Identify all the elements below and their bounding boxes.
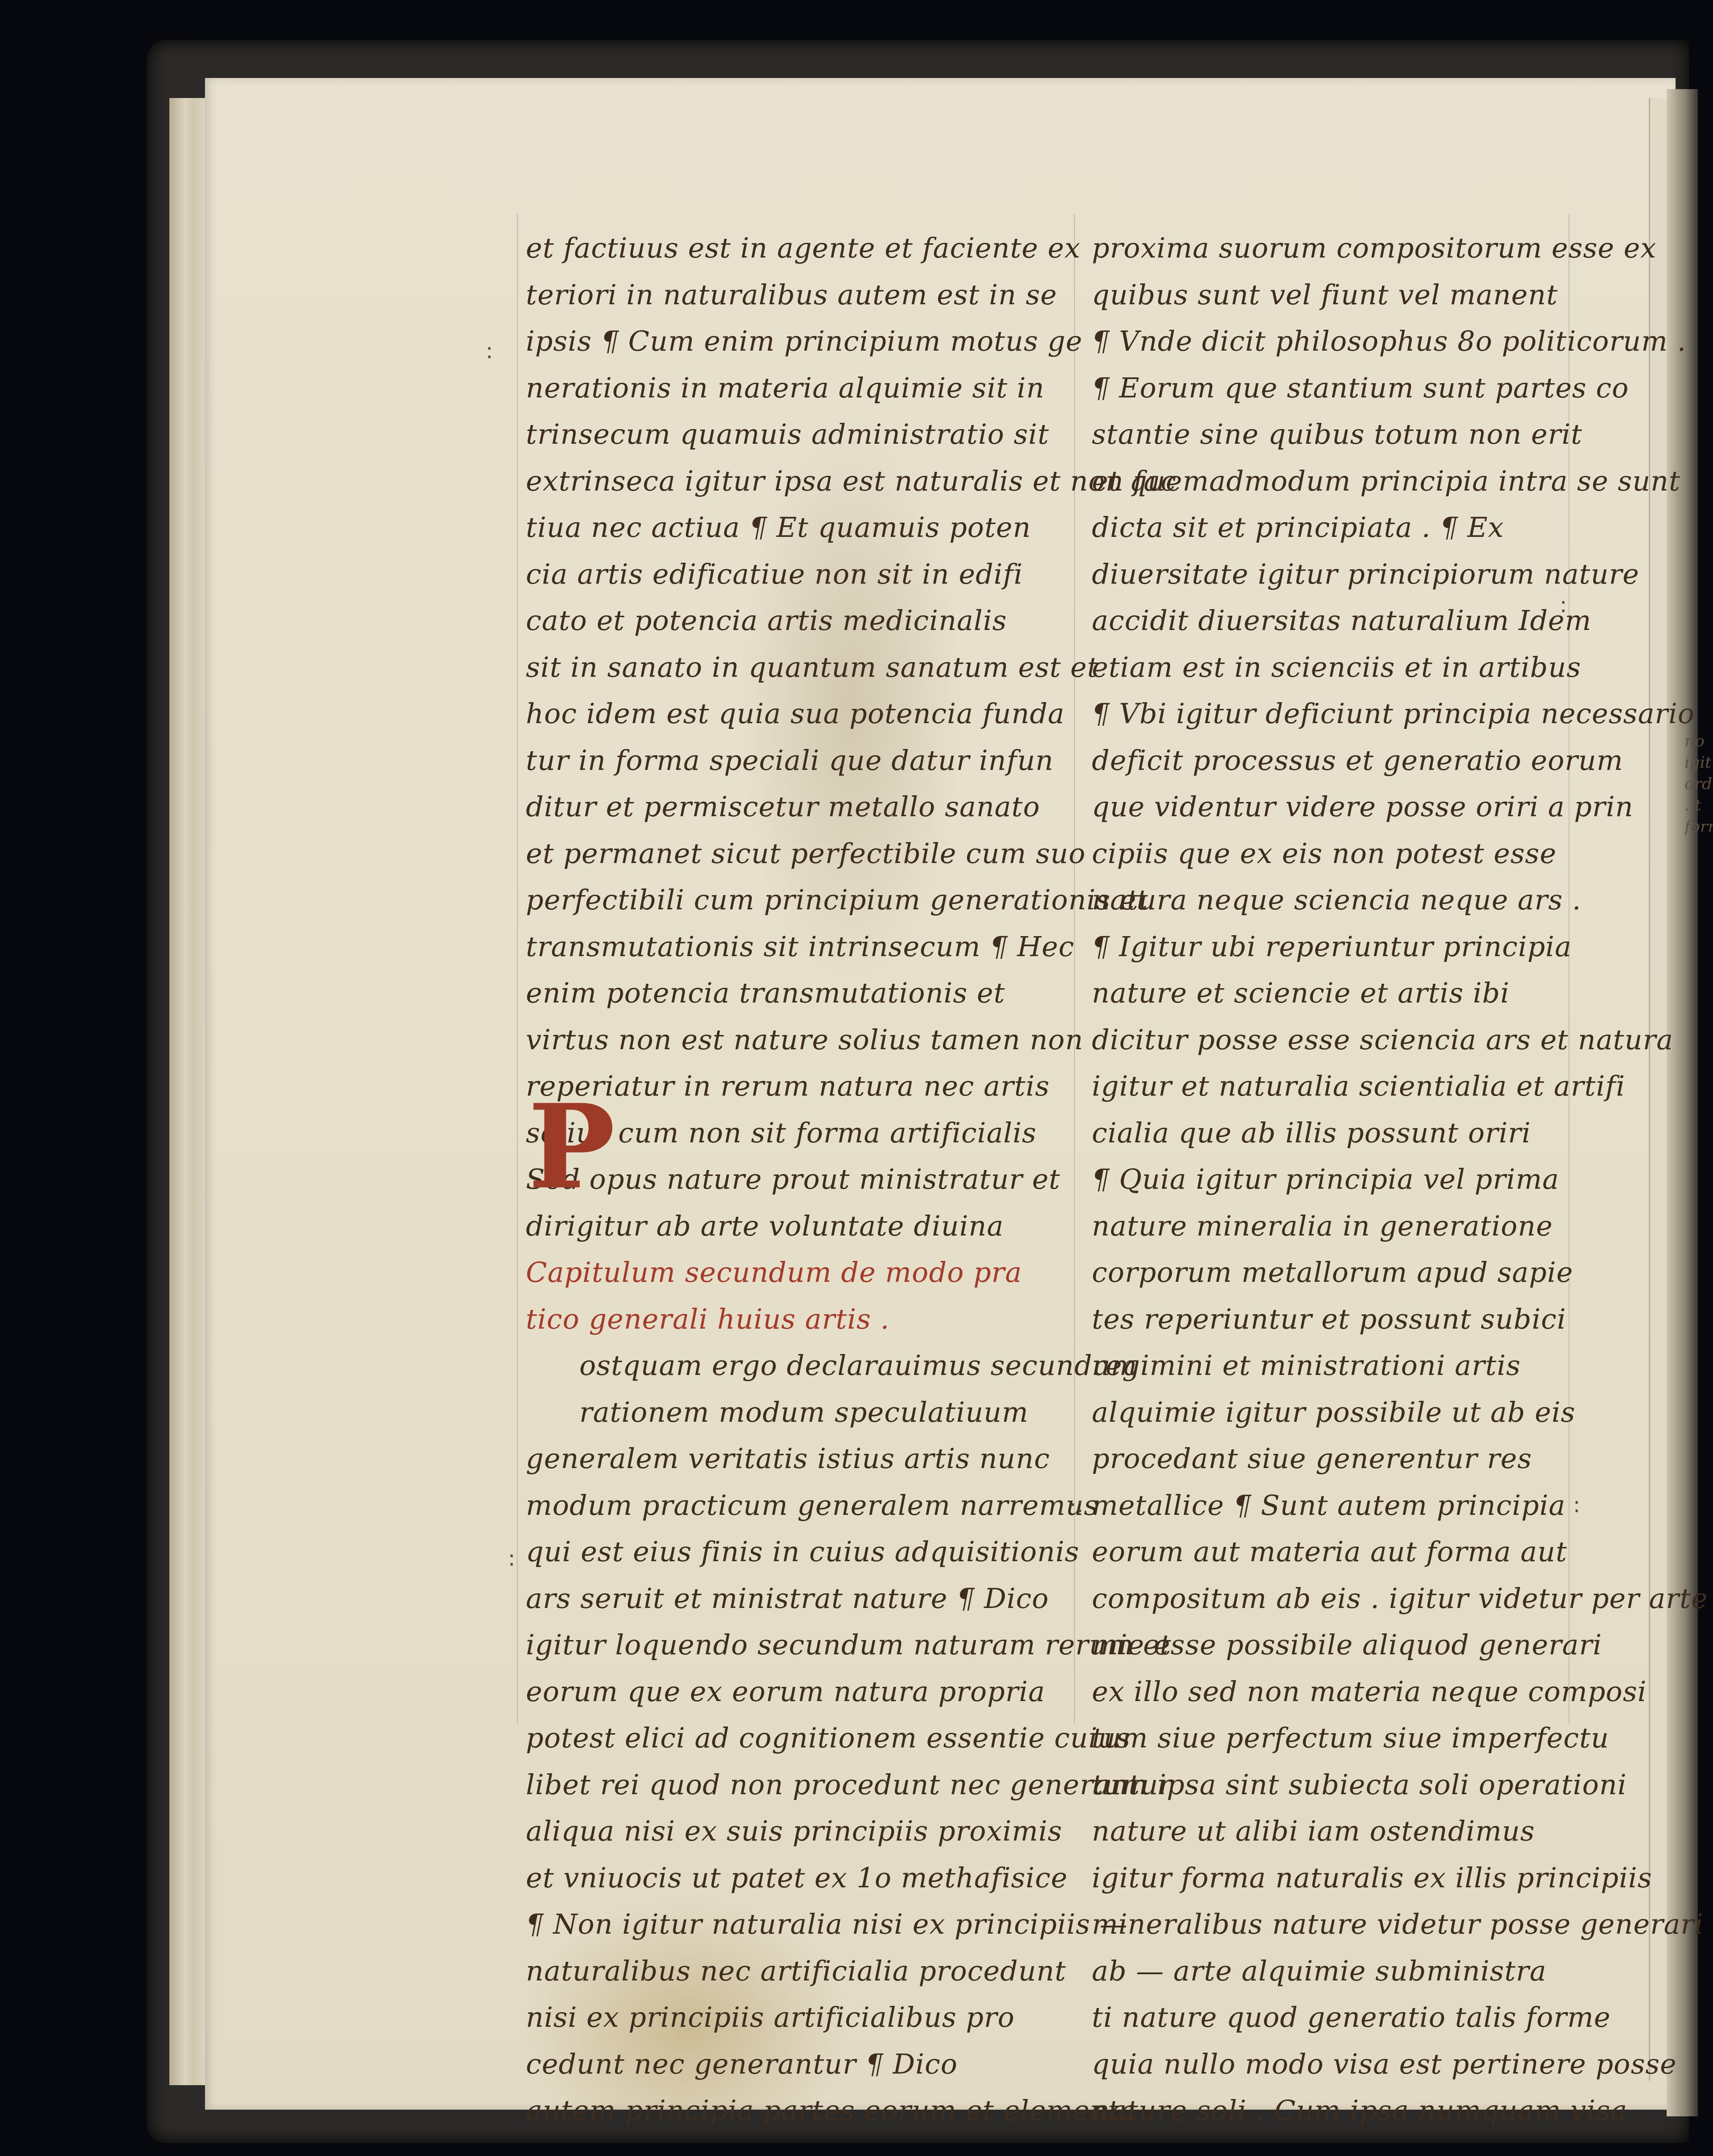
margin-mark-left: : <box>508 1546 515 1571</box>
text-line: ti nature quod generatio talis forme <box>1092 1994 1595 2041</box>
text-line: etiam est in scienciis et in artibus <box>1092 644 1595 691</box>
text-line: ¶ Quia igitur principia vel prima <box>1092 1156 1595 1203</box>
text-line: quibus sunt vel fiunt vel manent <box>1092 272 1595 319</box>
text-line: naturalibus nec artificialia procedunt <box>526 1948 1061 1995</box>
marginal-line: formam <box>1684 816 1713 838</box>
text-line: tum siue perfectum siue imperfectu <box>1092 1715 1595 1762</box>
text-line: et factiuus est in agente et faciente ex <box>526 225 1061 272</box>
text-line: ¶ Non igitur naturalia nisi ex principii… <box>526 1901 1061 1948</box>
text-line: qui est eius finis in cuius adquisitioni… <box>526 1529 1061 1575</box>
text-line: autem principia partes eorum et elementa <box>526 2087 1061 2134</box>
text-line: nature et sciencie et artis ibi <box>1092 970 1595 1017</box>
text-line: libet rei quod non procedunt nec generan… <box>526 1762 1061 1808</box>
text-line: extrinseca igitur ipsa est naturalis et … <box>526 458 1061 505</box>
text-line: cialia que ab illis possunt oriri <box>1092 1110 1595 1157</box>
text-line: quia nullo modo visa est pertinere posse <box>1092 2041 1595 2088</box>
text-line: perfectibili cum principium generationis… <box>526 877 1061 924</box>
text-line: et vniuocis ut patet ex 1o methafisice <box>526 1855 1061 1902</box>
text-line: deficit processus et generatio eorum <box>1092 737 1595 784</box>
text-line: regimini et ministrationi artis <box>1092 1342 1595 1389</box>
margin-mark-left: ·: <box>1070 1493 1083 1518</box>
text-line: dicta sit et principiata . ¶ Ex <box>1092 504 1595 551</box>
text-line: diuersitate igitur principiorum nature <box>1092 551 1595 598</box>
text-line: cato et potencia artis medicinalis <box>526 597 1061 644</box>
text-line: mie esse possibile aliquod generari <box>1092 1622 1595 1669</box>
text-line: et permanet sicut perfectibile cum suo <box>526 830 1061 877</box>
text-line: stantie sine quibus totum non erit <box>1092 411 1595 458</box>
text-line: ¶ Vbi igitur deficiunt principia necessa… <box>1092 691 1595 737</box>
text-line: rationem modum speculatiuum <box>526 1389 1061 1436</box>
margin-mark-left: : <box>486 339 493 364</box>
chapter-heading: Capitulum secundum de modo pra <box>526 1249 1061 1296</box>
chapter-heading: tico generali huius artis . <box>526 1296 1061 1343</box>
text-line: nerationis in materia alquimie sit in <box>526 365 1061 412</box>
text-line: natura neque sciencia neque ars . <box>1092 877 1595 924</box>
right-text-column: proxima suorum compositorum esse ex quib… <box>1092 225 1595 2134</box>
text-line: eorum que ex eorum natura propria <box>526 1669 1061 1715</box>
text-line: accidit diuersitas naturalium Idem <box>1092 597 1595 644</box>
text-line: igitur forma naturalis ex illis principi… <box>1092 1855 1595 1902</box>
marginal-line: ordo . t <box>1684 773 1713 816</box>
ruling-line-left <box>517 214 518 1724</box>
text-line: nature mineralia in generatione <box>1092 1203 1595 1250</box>
text-line: ¶ Eorum que stantium sunt partes co <box>1092 365 1595 412</box>
text-line: igitur loquendo secundum naturam rerum e… <box>526 1622 1061 1669</box>
text-line: generalem veritatis istius artis nunc <box>526 1436 1061 1482</box>
text-line: dicitur posse esse sciencia ars et natur… <box>1092 1017 1595 1064</box>
text-line: et quemadmodum principia intra se sunt <box>1092 458 1595 505</box>
margin-mark-right: : <box>1560 593 1567 618</box>
text-line: ostquam ergo declarauimus secundum <box>526 1342 1061 1389</box>
text-line: modum practicum generalem narremus <box>526 1482 1061 1529</box>
text-line: virtus non est nature solius tamen non <box>526 1017 1061 1064</box>
text-line: tes reperiuntur et possunt subici <box>1092 1296 1595 1343</box>
marginal-note: no igitur ordo . t formam <box>1684 731 1713 838</box>
text-line: tiua nec actiua ¶ Et quamuis poten <box>526 504 1061 551</box>
text-line: aliqua nisi ex suis principiis proximis <box>526 1808 1061 1855</box>
text-line: eorum aut materia aut forma aut <box>1092 1529 1595 1575</box>
text-line: ditur et permiscetur metallo sanato <box>526 784 1061 830</box>
text-line: cia artis edificatiue non sit in edifi <box>526 551 1061 598</box>
text-line: nature soli . Cum ipsa numquam visa <box>1092 2087 1595 2134</box>
text-line: nature ut alibi iam ostendimus <box>1092 1808 1595 1855</box>
text-line: nisi ex principiis artificialibus pro <box>526 1994 1061 2041</box>
text-line: metallice ¶ Sunt autem principia <box>1092 1482 1595 1529</box>
text-line: alquimie igitur possibile ut ab eis <box>1092 1389 1595 1436</box>
text-line: transmutationis sit intrinsecum ¶ Hec <box>526 924 1061 970</box>
text-line: ¶ Igitur ubi reperiuntur principia <box>1092 924 1595 970</box>
text-line: procedant siue generentur res <box>1092 1436 1595 1482</box>
decorated-initial: P <box>528 1094 615 1201</box>
text-line: ars seruit et ministrat nature ¶ Dico <box>526 1575 1061 1622</box>
text-line: cipiis que ex eis non potest esse <box>1092 830 1595 877</box>
text-line: que videntur videre posse oriri a prin <box>1092 784 1595 830</box>
text-line: compositum ab eis . igitur videtur per a… <box>1092 1575 1595 1622</box>
text-line: ipsis ¶ Cum enim principium motus ge <box>526 318 1061 365</box>
marginal-line: no igitur <box>1684 731 1713 773</box>
text-line: potest elici ad cognitionem essentie cui… <box>526 1715 1061 1762</box>
text-line: enim potencia transmutationis et <box>526 970 1061 1017</box>
text-line: trinsecum quamuis administratio sit <box>526 411 1061 458</box>
text-line: ¶ Vnde dicit philosophus 8o politicorum … <box>1092 318 1595 365</box>
text-line: hoc idem est quia sua potencia funda <box>526 691 1061 737</box>
text-line: proxima suorum compositorum esse ex <box>1092 225 1595 272</box>
text-line: teriori in naturalibus autem est in se <box>526 272 1061 319</box>
margin-mark-right: : <box>1573 1493 1580 1518</box>
text-line: sit in sanato in quantum sanatum est et <box>526 644 1061 691</box>
text-line: mineralibus nature videtur posse generar… <box>1092 1901 1595 1948</box>
text-line: cedunt nec generantur ¶ Dico <box>526 2041 1061 2088</box>
text-line: igitur et naturalia scientialia et artif… <box>1092 1063 1595 1110</box>
text-line: tum ipsa sint subiecta soli operationi <box>1092 1762 1595 1808</box>
page-edges-left <box>169 98 210 2085</box>
text-line: tur in forma speciali que datur infun <box>526 737 1061 784</box>
cover-edge-right <box>1667 89 1698 2116</box>
text-line: ab — arte alquimie subministra <box>1092 1948 1595 1995</box>
text-line: corporum metallorum apud sapie <box>1092 1249 1595 1296</box>
text-line: ex illo sed non materia neque composi <box>1092 1669 1595 1715</box>
